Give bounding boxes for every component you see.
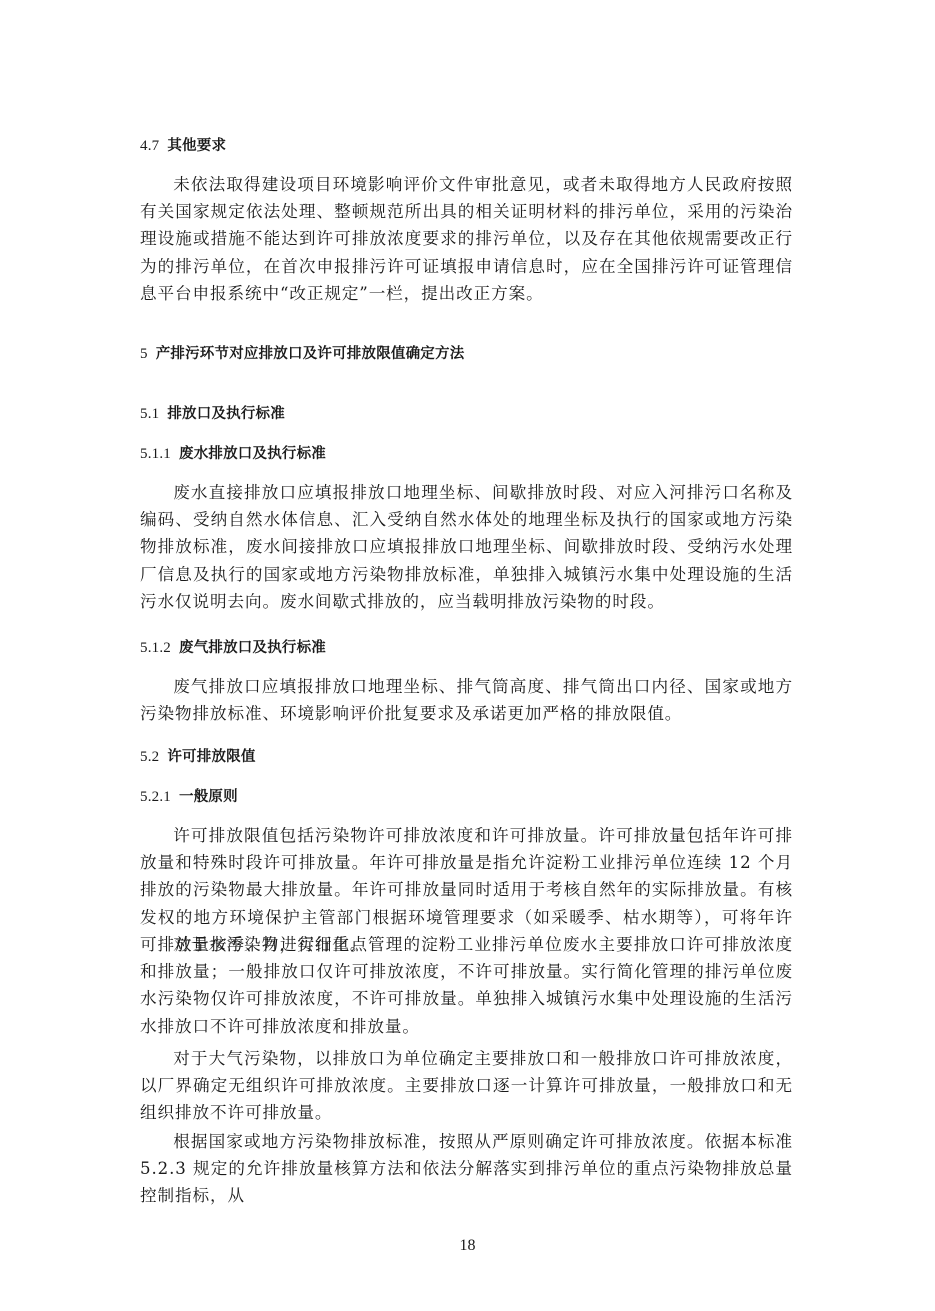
section-heading-4-7: 4.7其他要求 bbox=[140, 134, 226, 155]
paragraph-4-7: 未依法取得建设项目环境影响评价文件审批意见，或者未取得地方人民政府按照有关国家规… bbox=[140, 171, 793, 307]
section-heading-5-1-2: 5.1.2废气排放口及执行标准 bbox=[140, 636, 326, 657]
paragraph-5-1-1: 废水直接排放口应填报排放口地理坐标、间歇排放时段、对应入河排污口名称及编码、受纳… bbox=[140, 479, 793, 615]
section-heading-5-2-1: 5.2.1一般原则 bbox=[140, 785, 238, 806]
paragraph-5-2-1-d: 根据国家或地方污染物排放标准，按照从严原则确定许可排放浓度。依据本标准 5.2.… bbox=[140, 1128, 793, 1210]
paragraph-5-2-1-c: 对于大气污染物，以排放口为单位确定主要排放口和一般排放口许可排放浓度，以厂界确定… bbox=[140, 1045, 793, 1127]
section-heading-5: 5产排污环节对应排放口及许可排放限值确定方法 bbox=[140, 342, 464, 363]
paragraph-5-1-2: 废气排放口应填报排放口地理坐标、排气筒高度、排气筒出口内径、国家或地方污染物排放… bbox=[140, 673, 793, 727]
section-heading-5-2: 5.2许可排放限值 bbox=[140, 745, 256, 766]
paragraph-5-2-1-b: 对于水污染物，实行重点管理的淀粉工业排污单位废水主要排放口许可排放浓度和排放量；… bbox=[140, 931, 793, 1040]
section-heading-5-1-1: 5.1.1废水排放口及执行标准 bbox=[140, 442, 326, 463]
section-heading-5-1: 5.1排放口及执行标准 bbox=[140, 402, 285, 423]
page-number: 18 bbox=[0, 1237, 935, 1255]
